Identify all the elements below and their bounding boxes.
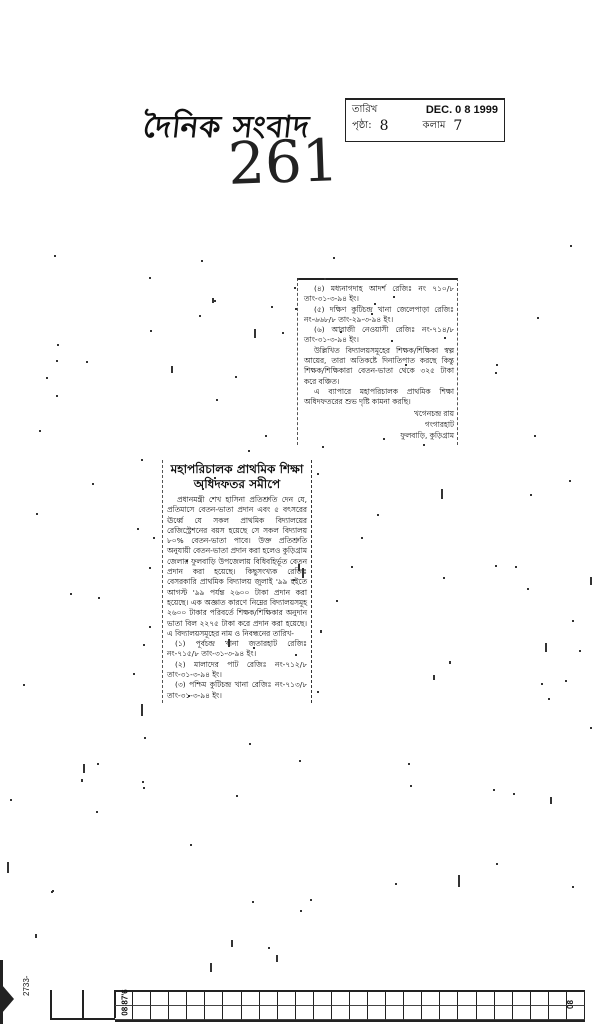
footer-left-boxes	[50, 990, 115, 1020]
stamp-column-label: কলাম	[423, 118, 446, 134]
grid-cell	[458, 992, 476, 1006]
clipping-paragraph: (৪) মধ্যনাগদাহ আদর্শ রেজিঃ নং ৭১০/৮ তাং-…	[304, 284, 454, 305]
stamp-page-value: 8	[380, 118, 389, 134]
clipping-paragraph: (৬) আরাজী নেওয়াসী রেজিঃ নং-৭১৪/৮ তাং-৩১…	[304, 325, 454, 346]
handwritten-page-number: 261	[227, 126, 340, 198]
grid-cell	[187, 992, 205, 1006]
grid-cell	[296, 992, 314, 1006]
list-item: (২) মালাদের পাট রেজিঃ নং-৭১২/৮ তাং-৩১-৩-…	[167, 660, 307, 681]
stamp-date-value: DEC. 0 8 1999	[426, 102, 498, 118]
footer-measurement-grid	[115, 990, 585, 1022]
grid-cell	[314, 1006, 332, 1020]
grid-cell	[314, 992, 332, 1006]
corner-arrow-icon	[2, 985, 14, 1013]
grid-cell	[531, 1006, 549, 1020]
grid-cell	[260, 992, 278, 1006]
grid-cell	[223, 992, 241, 1006]
grid-cell	[350, 992, 368, 1006]
signature-place: গংগারহাট	[304, 419, 454, 430]
grid-cell	[278, 1006, 296, 1020]
grid-cell	[422, 1006, 440, 1020]
grid-cell	[260, 1006, 278, 1020]
grid-cell	[205, 992, 223, 1006]
grid-cell	[223, 1006, 241, 1020]
grid-cell	[549, 1006, 567, 1020]
archive-code: 2733-	[22, 976, 31, 996]
signature-name: খগেনচন্দ্র রায়	[304, 408, 454, 419]
stamp-date-label: তারিখ	[352, 102, 377, 118]
grid-cell	[422, 992, 440, 1006]
grid-cell	[531, 992, 549, 1006]
signature-district: ফুলবাড়ি, কুড়িগ্রাম	[304, 430, 454, 441]
grid-cell	[513, 992, 531, 1006]
clipping-continuation: (৪) মধ্যনাগদাহ আদর্শ রেজিঃ নং ৭১০/৮ তাং-…	[297, 278, 458, 445]
grid-label-left: 08 87'6	[121, 989, 130, 1015]
list-item: (৩) পশ্চিম কুটিচন্দ্র খানা রেজিঃ নং-৭১৩/…	[167, 680, 307, 701]
grid-cell	[495, 1006, 513, 1020]
grid-cell	[404, 992, 422, 1006]
grid-cell	[513, 1006, 531, 1020]
grid-label-right: 08	[566, 1000, 575, 1009]
grid-cell	[278, 992, 296, 1006]
stamp-column-value: 7	[453, 118, 462, 134]
clipping-body: প্রধানমন্ত্রী শেখ হাসিনা প্রতিশ্রুতি দেন…	[167, 495, 307, 639]
grid-cell	[404, 1006, 422, 1020]
grid-cell	[187, 1006, 205, 1020]
grid-cell	[169, 992, 187, 1006]
clipping-paragraph: এ ব্যাপারে মহাপরিচালক প্রাথমিক শিক্ষা অধ…	[304, 387, 454, 408]
grid-cell	[440, 992, 458, 1006]
grid-cell	[386, 992, 404, 1006]
grid-cell	[549, 992, 567, 1006]
grid-cell	[350, 1006, 368, 1020]
grid-cell	[458, 1006, 476, 1020]
grid-cell	[332, 1006, 350, 1020]
grid-cell	[477, 1006, 495, 1020]
grid-cell	[386, 1006, 404, 1020]
list-item: (১) পূর্বচন্দ্র খানা জতারহাট রেজিঃ নং-৭১…	[167, 639, 307, 660]
grid-cell	[368, 992, 386, 1006]
grid-cell	[440, 1006, 458, 1020]
grid-cell	[169, 1006, 187, 1020]
grid-cell	[151, 1006, 169, 1020]
clipping-paragraph: উল্লিখিত বিদ্যালয়সমূহের শিক্ষক/শিক্ষিকা…	[304, 346, 454, 387]
clipping-headline: মহাপরিচালক প্রাথমিক শিক্ষা অধিদফতর সমীপে	[167, 462, 307, 492]
clipping-paragraph: (৫) দক্ষিণ কুটিচন্দ্র খানা জেলেপাড়া রেজ…	[304, 305, 454, 326]
grid-cell	[205, 1006, 223, 1020]
grid-cell	[477, 992, 495, 1006]
letter-signature: খগেনচন্দ্র রায় গংগারহাট ফুলবাড়ি, কুড়ি…	[304, 408, 454, 441]
date-stamp: তারিখ DEC. 0 8 1999 পৃষ্ঠা: 8 কলাম 7	[345, 98, 505, 142]
grid-cell	[368, 1006, 386, 1020]
grid-cell	[133, 1006, 151, 1020]
grid-cell	[151, 992, 169, 1006]
grid-cell	[296, 1006, 314, 1020]
grid-cell	[242, 992, 260, 1006]
grid-cell	[133, 992, 151, 1006]
grid-cell	[242, 1006, 260, 1020]
stamp-page-label: পৃষ্ঠা:	[352, 118, 372, 134]
grid-cell	[495, 992, 513, 1006]
grid-cell	[332, 992, 350, 1006]
clipping-main-letter: মহাপরিচালক প্রাথমিক শিক্ষা অধিদফতর সমীপে…	[162, 460, 312, 703]
